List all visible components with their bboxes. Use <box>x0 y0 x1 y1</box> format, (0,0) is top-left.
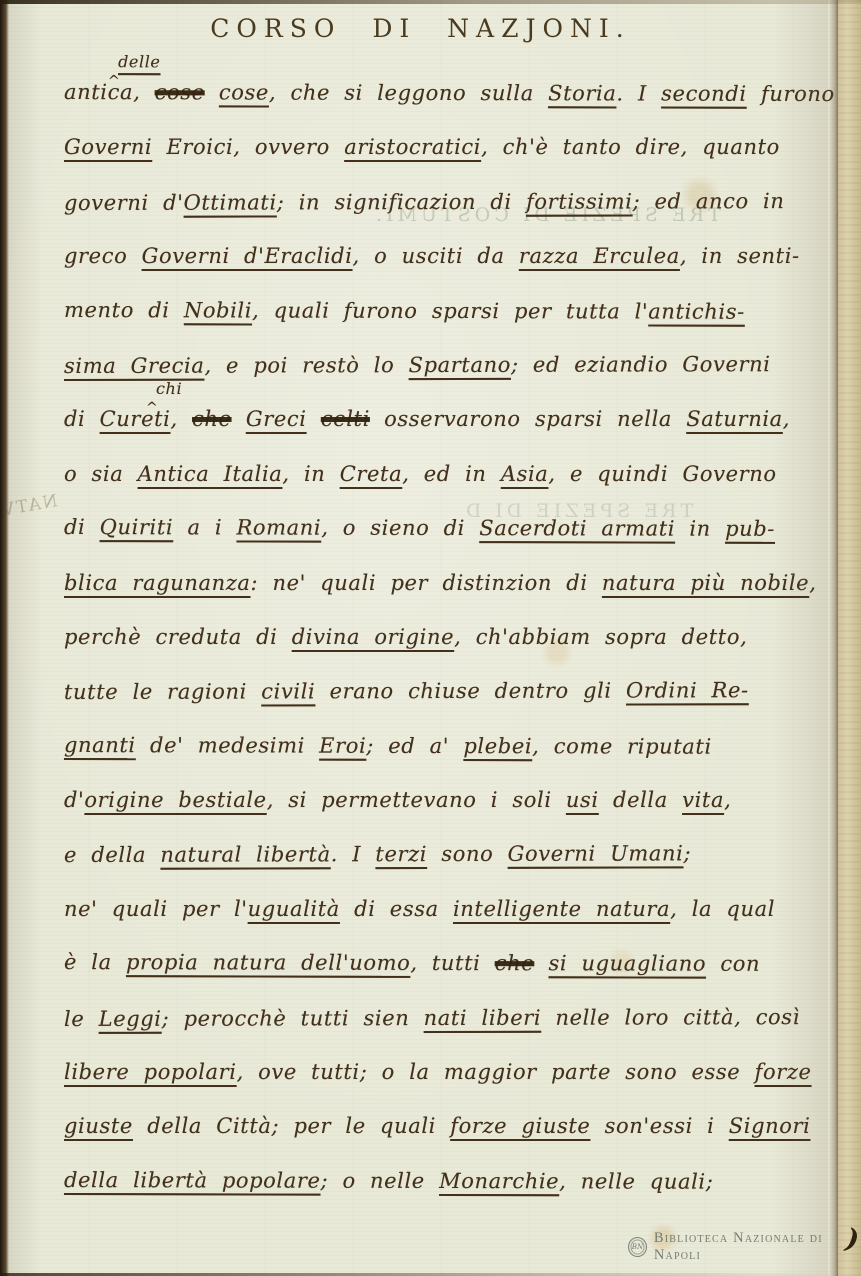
underlined-word: Governi <box>64 135 152 159</box>
manuscript-line: ^chidi Cureti, che Greci celti osservaro… <box>64 392 830 446</box>
stamp-monogram: BN <box>632 1243 643 1251</box>
manuscript-line: d'origine bestiale, si permettevano i so… <box>64 773 830 827</box>
word-segment: , e poi restò lo <box>204 353 408 378</box>
underlined-word: intelligente natura <box>453 897 670 921</box>
underlined-word: vita <box>682 788 724 812</box>
underlined-word: pub- <box>725 517 775 541</box>
underlined-word: Governi Umani <box>508 842 684 866</box>
underlined-word: Creta <box>340 462 403 486</box>
word-segment: in <box>675 517 725 541</box>
word-segment: , ove tutti; o la maggior parte sono ess… <box>237 1060 755 1084</box>
word-segment: di <box>64 515 100 539</box>
struck-word: che <box>495 951 535 975</box>
inserted-word: chi <box>156 379 182 398</box>
word-segment: nelle loro città, così <box>541 1005 800 1030</box>
manuscript-line: della libertà popolare; o nelle Monarchi… <box>64 1153 830 1209</box>
word-segment <box>232 407 246 431</box>
insertion-caret: ^ <box>146 400 158 416</box>
word-segment: , <box>170 407 192 431</box>
word-segment: ; o nelle <box>321 1168 440 1192</box>
word-segment: . I <box>331 843 376 867</box>
word-segment: della <box>599 788 682 812</box>
word-segment: di essa <box>340 897 453 921</box>
underlined-word: forze giuste <box>450 1114 590 1138</box>
word-segment: governi d' <box>64 190 184 214</box>
word-segment: , ch'è tanto dire, quanto <box>481 135 780 159</box>
underlined-word: ugualità <box>248 897 340 921</box>
word-segment: è la <box>64 950 126 974</box>
word-segment: ; <box>683 842 691 866</box>
underlined-word: libere popolari <box>64 1060 237 1084</box>
page-title: CORSO DI NAZJONI. <box>40 14 801 43</box>
manuscript-line: o sia Antica Italia, in Creta, ed in Asi… <box>64 447 830 501</box>
manuscript-line: libere popolari, ove tutti; o la maggior… <box>64 1045 830 1099</box>
underlined-word: antichis- <box>648 299 745 323</box>
manuscript-line: mento di Nobili, quali furono sparsi per… <box>64 283 830 339</box>
underlined-word: Governi d'Eraclidi <box>142 244 353 268</box>
word-segment: ; ed a' <box>366 733 463 757</box>
underlined-word: razza Erculea <box>519 244 680 268</box>
underlined-word: gnanti <box>64 733 136 757</box>
word-segment: , tutti <box>410 951 494 975</box>
manuscript-line: Governi Eroici, ovvero aristocratici, ch… <box>64 120 830 174</box>
manuscript-text-block: ^delleantica, cose cose, che si leggono … <box>64 66 830 1208</box>
word-segment: . I <box>616 81 661 105</box>
struck-word: celti <box>321 407 370 431</box>
word-segment: erano chiuse dentro gli <box>315 679 626 704</box>
library-stamp-icon: BN <box>628 1237 647 1257</box>
word-segment: sono <box>427 842 508 866</box>
underlined-word: plebei <box>463 734 532 758</box>
word-segment: greco <box>64 244 142 268</box>
underlined-word: Quiriti <box>100 515 174 539</box>
underlined-word: Asia <box>501 462 549 486</box>
word-segment: tutte le ragioni <box>64 680 261 705</box>
page-fold-shadow <box>773 0 828 1276</box>
manuscript-line: gnanti de' medesimi Eroi; ed a' plebei, … <box>64 718 830 774</box>
underlined-word: Leggi <box>99 1006 162 1030</box>
word-segment: Eroici, ovvero <box>152 135 344 159</box>
manuscript-line: le Leggi; perocchè tutti sien nati liber… <box>64 990 830 1046</box>
underlined-word: Spartano <box>409 353 511 377</box>
underlined-word: blica ragunanza <box>64 571 251 595</box>
underlined-word: giuste <box>64 1114 133 1138</box>
underlined-word: Greci <box>246 407 307 431</box>
manuscript-line: ^delleantica, cose cose, che si leggono … <box>64 65 830 121</box>
word-segment: , <box>724 788 731 812</box>
underlined-word: Storia <box>548 81 616 105</box>
underlined-word: propia natura dell'uomo <box>126 950 410 975</box>
word-segment: perchè creduta di <box>64 625 292 649</box>
word-segment: , o usciti da <box>353 244 519 268</box>
underlined-word: Ordini Re- <box>626 679 749 703</box>
underlined-word: nati liberi <box>424 1005 542 1029</box>
underlined-word: cose <box>219 80 269 104</box>
struck-word: che <box>192 407 232 431</box>
word-segment: ; perocchè tutti sien <box>162 1006 424 1031</box>
word-segment: , ch'abbiam sopra detto, <box>454 625 747 649</box>
underlined-word: fortissimi <box>526 189 633 213</box>
binding-edge-left <box>0 0 9 1276</box>
word-segment: , si permettevano i soli <box>267 788 566 812</box>
word-segment: ; ed anco in <box>633 189 785 213</box>
word-segment: , e quindi Governo <box>548 462 776 486</box>
word-segment: osservarono sparsi nella <box>370 407 686 431</box>
word-segment: o sia <box>64 462 138 486</box>
underlined-word: della libertà popolare <box>64 1168 321 1193</box>
page-crease <box>828 0 838 1276</box>
underlined-word: Saturnia <box>686 407 782 431</box>
word-segment: con <box>706 952 760 976</box>
manuscript-scan-page: TRE SPEZIE DI COSTUMI. TRE SPEZIE DI D N… <box>0 0 861 1276</box>
manuscript-line: è la propia natura dell'uomo, tutti che … <box>64 935 830 991</box>
manuscript-line: governi d'Ottimati; in significazion di … <box>64 174 830 230</box>
word-segment: ne' quali per l' <box>64 897 248 921</box>
word-segment: , nelle quali; <box>559 1169 713 1193</box>
word-segment: , come riputati <box>532 734 712 758</box>
underlined-word: origine bestiale <box>84 788 266 812</box>
underlined-word: secondi <box>661 82 747 106</box>
word-segment: a i <box>173 515 236 539</box>
underlined-word: Monarchie <box>439 1169 559 1193</box>
insertion-caret: ^ <box>108 73 120 89</box>
manuscript-line: tutte le ragioni civili erano chiuse den… <box>64 663 830 719</box>
underlined-word: aristocratici <box>344 135 481 159</box>
word-segment: ; ed eziandio Governi <box>511 352 771 377</box>
word-segment: mento di <box>64 298 184 322</box>
manuscript-line: giuste della Città; per le quali forze g… <box>64 1099 830 1153</box>
word-segment: de' medesimi <box>136 733 319 757</box>
word-segment <box>534 951 548 975</box>
word-segment: ; in significazion di <box>277 190 526 215</box>
word-segment: son'essi i <box>590 1114 728 1138</box>
underlined-word: terzi <box>375 843 427 867</box>
underlined-word: Eroi <box>319 733 366 757</box>
underlined-word: natural libertà <box>160 843 330 867</box>
underlined-word: Romani <box>236 516 321 540</box>
word-segment: , la qual <box>670 897 775 921</box>
manuscript-line: e della natural libertà. I terzi sono Go… <box>64 826 830 882</box>
word-segment: , che si leggono sulla <box>269 81 548 106</box>
underlined-word: divina origine <box>292 625 454 649</box>
underlined-word: Ottimati <box>184 190 277 214</box>
underlined-word: Antica Italia <box>138 462 283 486</box>
manuscript-line: greco Governi d'Eraclidi, o usciti da ra… <box>64 229 830 283</box>
word-segment: di <box>64 407 100 431</box>
page-edge-top <box>0 0 861 4</box>
struck-word: cose <box>155 80 205 104</box>
word-segment <box>307 407 321 431</box>
underlined-word: Cureti <box>100 407 171 431</box>
manuscript-line: perchè creduta di divina origine, ch'abb… <box>64 610 830 664</box>
manuscript-line: di Quiriti a i Romani, o sieno di Sacerd… <box>64 500 830 556</box>
underlined-word: sima Grecia <box>64 354 205 378</box>
outer-page-strip <box>838 0 861 1276</box>
underlined-word: si uguagliano <box>549 952 707 976</box>
word-segment: della Città; per le quali <box>133 1114 450 1138</box>
word-segment: : ne' quali per distinzion di <box>251 571 602 595</box>
word-segment: e della <box>64 843 160 867</box>
underlined-word: Nobili <box>184 298 252 322</box>
underlined-word: usi <box>566 788 599 812</box>
underlined-word: Sacerdoti armati <box>479 516 675 541</box>
word-segment <box>205 80 219 104</box>
word-segment: , o sieno di <box>321 516 479 540</box>
manuscript-line: blica ragunanza: ne' quali per distinzio… <box>64 556 830 610</box>
word-segment: , quali furono sparsi per tutta l' <box>252 298 648 323</box>
word-segment: , in <box>282 462 339 486</box>
underlined-word: civili <box>261 680 315 704</box>
word-segment: le <box>64 1007 99 1031</box>
manuscript-line: ne' quali per l'ugualità di essa intelli… <box>64 882 830 936</box>
inserted-word: delle <box>118 52 160 71</box>
word-segment: d' <box>64 788 84 812</box>
word-segment: , ed in <box>402 462 501 486</box>
